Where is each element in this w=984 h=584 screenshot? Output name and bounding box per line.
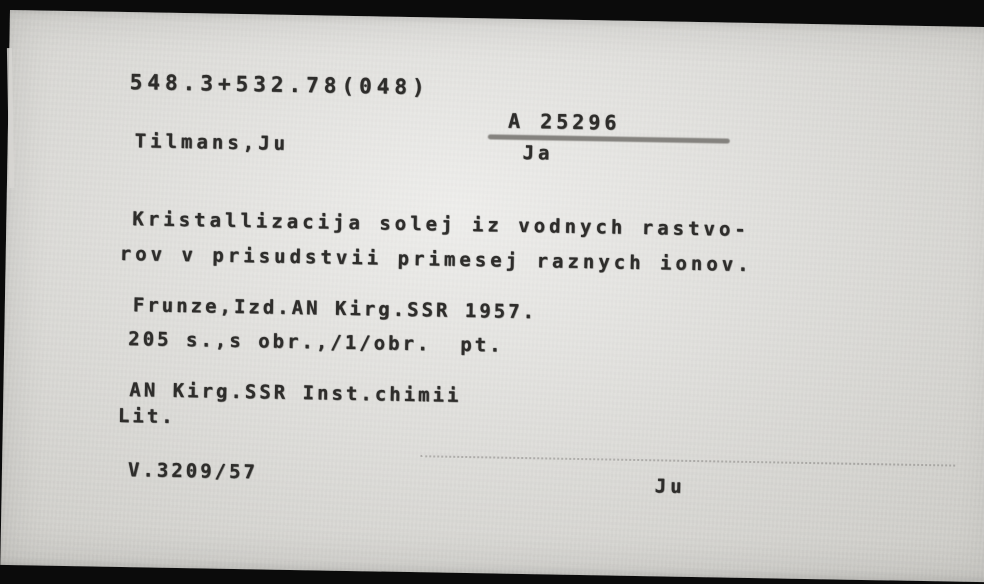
collation-line: 205 s.,s obr.,/1/obr. pt. bbox=[128, 330, 504, 356]
catalog-card: 548.3+532.78(048) Tilmans,Ju A 25296 Ja … bbox=[0, 10, 984, 582]
bottom-right-note: Ju bbox=[655, 477, 686, 497]
faint-printed-rule bbox=[420, 455, 955, 466]
imprint-line: Frunze,Izd.AN Kirg.SSR 1957. bbox=[133, 296, 538, 322]
title-line-2: rov v prisudstvii primesej raznych ionov… bbox=[120, 245, 753, 275]
accession-note: Ja bbox=[522, 144, 553, 164]
title-line-1: Kristallizacija solej iz vodnych rastvo- bbox=[132, 210, 750, 240]
udc-classification-number: 548.3+532.78(048) bbox=[130, 72, 430, 98]
accession-number: A 25296 bbox=[508, 111, 621, 133]
language-note: Lit. bbox=[118, 407, 176, 427]
author-name: Tilmans,Ju bbox=[135, 132, 290, 154]
scanned-catalog-card-photo: 548.3+532.78(048) Tilmans,Ju A 25296 Ja … bbox=[0, 0, 984, 584]
inventory-number: V.3209/57 bbox=[128, 461, 258, 482]
institution-line: AN Kirg.SSR Inst.chimii bbox=[129, 381, 461, 406]
scan-edge-artifact bbox=[7, 48, 14, 188]
